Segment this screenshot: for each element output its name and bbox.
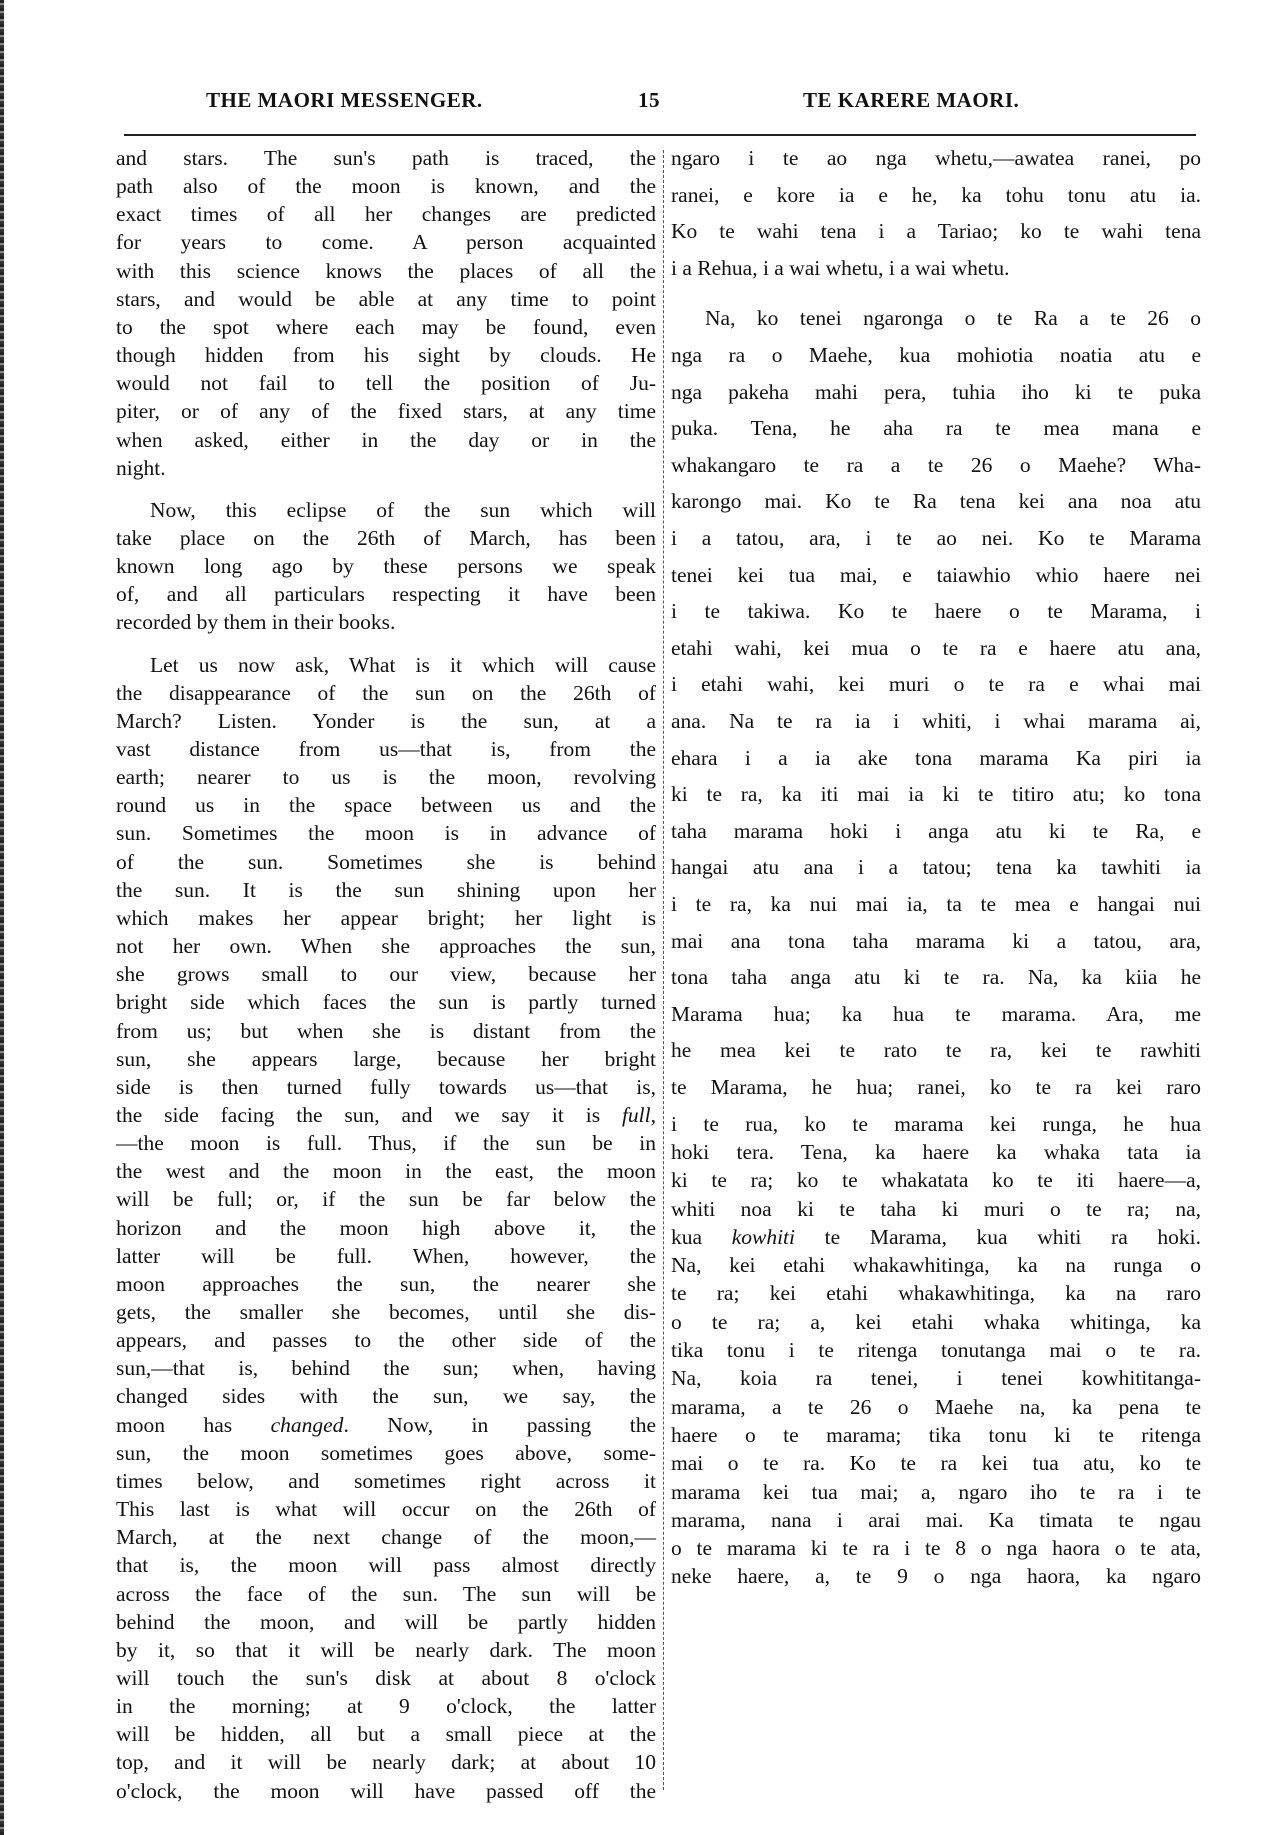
text-line: times below, and sometimes right across … [116,1469,656,1494]
text-line: and stars. The sun's path is traced, the [116,146,656,171]
text-line: piter, or of any of the fixed stars, at … [116,399,656,424]
text-line: March? Listen. Yonder is the sun, at a [116,709,656,734]
text-line: when asked, either in the day or in the [116,428,656,453]
column-divider [663,150,664,1790]
text-line: ranei, e kore ia e he, ka tohu tonu atu … [671,183,1201,208]
text-line: appears, and passes to the other side of… [116,1328,656,1353]
text-line: March, at the next change of the moon,— [116,1525,656,1550]
text-line: hangai atu ana i a tatou; tena ka tawhit… [671,855,1201,880]
text-line: i etahi wahi, kei muri o te ra e whai ma… [671,672,1201,697]
text-line: night. [116,456,656,481]
text-line: the sun. It is the sun shining upon her [116,878,656,903]
text-line: tenei kei tua mai, e taiawhio whio haere… [671,563,1201,588]
emphasis-word: full [622,1103,651,1127]
text-line: the west and the moon in the east, the m… [116,1159,656,1184]
text-line: hoki tera. Tena, ka haere ka whaka tata … [671,1140,1201,1165]
text-line: not her own. When she approaches the sun… [116,934,656,959]
text-line: earth; nearer to us is the moon, revolvi… [116,765,656,790]
text-line: whakangaro te ra a te 26 o Maehe? Wha- [671,453,1201,478]
text-line: haere o te marama; tika tonu ki te riten… [671,1423,1201,1448]
text-line: of, and all particulars respecting it ha… [116,582,656,607]
text-line: the side facing the sun, and we say it i… [116,1103,656,1128]
text-line: neke haere, a, te 9 o nga haora, ka ngar… [671,1564,1201,1589]
text-line: the disappearance of the sun on the 26th… [116,681,656,706]
text-line: exact times of all her changes are predi… [116,202,656,227]
text-line: to the spot where each may be found, eve… [116,315,656,340]
header-english-title: THE MAORI MESSENGER. [206,88,483,113]
text-line: ki te ra; ko te whakatata ko te iti haer… [671,1168,1201,1193]
page-header: THE MAORI MESSENGER. 15 TE KARERE MAORI. [0,88,1280,118]
text-line: will be full; or, if the sun be far belo… [116,1187,656,1212]
text-line: will be hidden, all but a small piece at… [116,1722,656,1747]
text-line: Ko te wahi tena i a Tariao; ko te wahi t… [671,219,1201,244]
text-line: sun, she appears large, because her brig… [116,1047,656,1072]
text-line: marama, a te 26 o Maehe na, ka pena te [671,1395,1201,1420]
text-line: that is, the moon will pass almost direc… [116,1553,656,1578]
text-line: te Marama, he hua; ranei, ko te ra kei r… [671,1075,1201,1100]
text-line: though hidden from his sight by clouds. … [116,343,656,368]
header-maori-title: TE KARERE MAORI. [803,88,1019,113]
text-line: nga ra o Maehe, kua mohiotia noatia atu … [671,343,1201,368]
text-line: etahi wahi, kei mua o te ra e haere atu … [671,636,1201,661]
text-line: ki te ra, ka iti mai ia ki te titiro atu… [671,782,1201,807]
text-line: he mea kei te rato te ra, kei te rawhiti [671,1038,1201,1063]
text-line: with this science knows the places of al… [116,259,656,284]
text-line: in the morning; at 9 o'clock, the latter [116,1694,656,1719]
text-line: Now, this eclipse of the sun which will [150,498,656,523]
text-line: gets, the smaller she becomes, until she… [116,1300,656,1325]
text-line: she grows small to our view, because her [116,962,656,987]
text-line: nga pakeha mahi pera, tuhia iho ki te pu… [671,380,1201,405]
text-line: tona taha anga atu ki te ra. Na, ka kiia… [671,965,1201,990]
text-line: latter will be full. When, however, the [116,1244,656,1269]
header-rule [124,134,1196,136]
text-line: o te ra; a, kei etahi whaka whitinga, ka [671,1310,1201,1335]
text-line: take place on the 26th of March, has bee… [116,526,656,551]
text-line: marama kei tua mai; a, ngaro iho te ra i… [671,1480,1201,1505]
text-line: of the sun. Sometimes she is behind [116,850,656,875]
text-line: horizon and the moon high above it, the [116,1216,656,1241]
text-line: tika tonu i te ritenga tonutanga mai o t… [671,1338,1201,1363]
text-line: vast distance from us—that is, from the [116,737,656,762]
text-line: Let us now ask, What is it which will ca… [150,653,656,678]
text-line: sun. Sometimes the moon is in advance of [116,821,656,846]
text-line: taha marama hoki i anga atu ki te Ra, e [671,819,1201,844]
text-line: kua kowhiti te Marama, kua whiti ra hoki… [671,1225,1201,1250]
text-line: te ra; kei etahi whakawhitinga, ka na ra… [671,1281,1201,1306]
text-line: would not fail to tell the position of J… [116,371,656,396]
text-line: This last is what will occur on the 26th… [116,1497,656,1522]
text-line: ana. Na te ra ia i whiti, i whai marama … [671,709,1201,734]
text-line: moon approaches the sun, the nearer she [116,1272,656,1297]
text-line: Na, koia ra tenei, i tenei kowhititanga- [671,1366,1201,1391]
text-line: top, and it will be nearly dark; at abou… [116,1750,656,1775]
text-line: i a Rehua, i a wai whetu, i a wai whetu. [671,256,1201,281]
text-line: moon has changed. Now, in passing the [116,1413,656,1438]
text-line: Na, ko tenei ngaronga o te Ra a te 26 o [705,306,1201,331]
text-line: sun, the moon sometimes goes above, some… [116,1441,656,1466]
text-line: mai ana tona taha marama ki a tatou, ara… [671,929,1201,954]
text-line: from us; but when she is distant from th… [116,1019,656,1044]
text-line: will touch the sun's disk at about 8 o'c… [116,1666,656,1691]
page-number: 15 [638,88,660,113]
text-line: sun,—that is, behind the sun; when, havi… [116,1356,656,1381]
text-line: Marama hua; ka hua te marama. Ara, me [671,1002,1201,1027]
emphasis-word: kowhiti [732,1225,795,1249]
text-line: o'clock, the moon will have passed off t… [116,1779,656,1804]
text-line: marama, nana i arai mai. Ka timata te ng… [671,1508,1201,1533]
text-line: changed sides with the sun, we say, the [116,1384,656,1409]
text-line: whiti noa ki te taha ki muri o te ra; na… [671,1197,1201,1222]
text-line: mai o te ra. Ko te ra kei tua atu, ko te [671,1451,1201,1476]
text-line: stars, and would be able at any time to … [116,287,656,312]
text-line: o te marama ki te ra i te 8 o nga haora … [671,1536,1201,1561]
text-line: i te ra, ka nui mai ia, ta te mea e hang… [671,892,1201,917]
text-line: path also of the moon is known, and the [116,174,656,199]
text-line: i te takiwa. Ko te haere o te Marama, i [671,599,1201,624]
text-line: bright side which faces the sun is partl… [116,990,656,1015]
text-line: side is then turned fully towards us—tha… [116,1075,656,1100]
text-line: round us in the space between us and the [116,793,656,818]
text-line: for years to come. A person acquainted [116,230,656,255]
scan-edge [0,0,4,1835]
text-line: i te rua, ko te marama kei runga, he hua [671,1112,1201,1137]
text-line: ehara i a ia ake tona marama Ka piri ia [671,746,1201,771]
text-line: ngaro i te ao nga whetu,—awatea ranei, p… [671,146,1201,171]
emphasis-word: changed [271,1413,344,1437]
text-line: by it, so that it will be nearly dark. T… [116,1638,656,1663]
text-line: i a tatou, ara, i te ao nei. Ko te Maram… [671,526,1201,551]
text-line: karongo mai. Ko te Ra tena kei ana noa a… [671,489,1201,514]
text-line: known long ago by these persons we speak [116,554,656,579]
text-line: across the face of the sun. The sun will… [116,1582,656,1607]
text-line: —the moon is full. Thus, if the sun be i… [116,1131,656,1156]
text-line: recorded by them in their books. [116,610,656,635]
text-line: which makes her appear bright; her light… [116,906,656,931]
text-line: Na, kei etahi whakawhitinga, ka na runga… [671,1253,1201,1278]
text-line: behind the moon, and will be partly hidd… [116,1610,656,1635]
text-line: puka. Tena, he aha ra te mea mana e [671,416,1201,441]
